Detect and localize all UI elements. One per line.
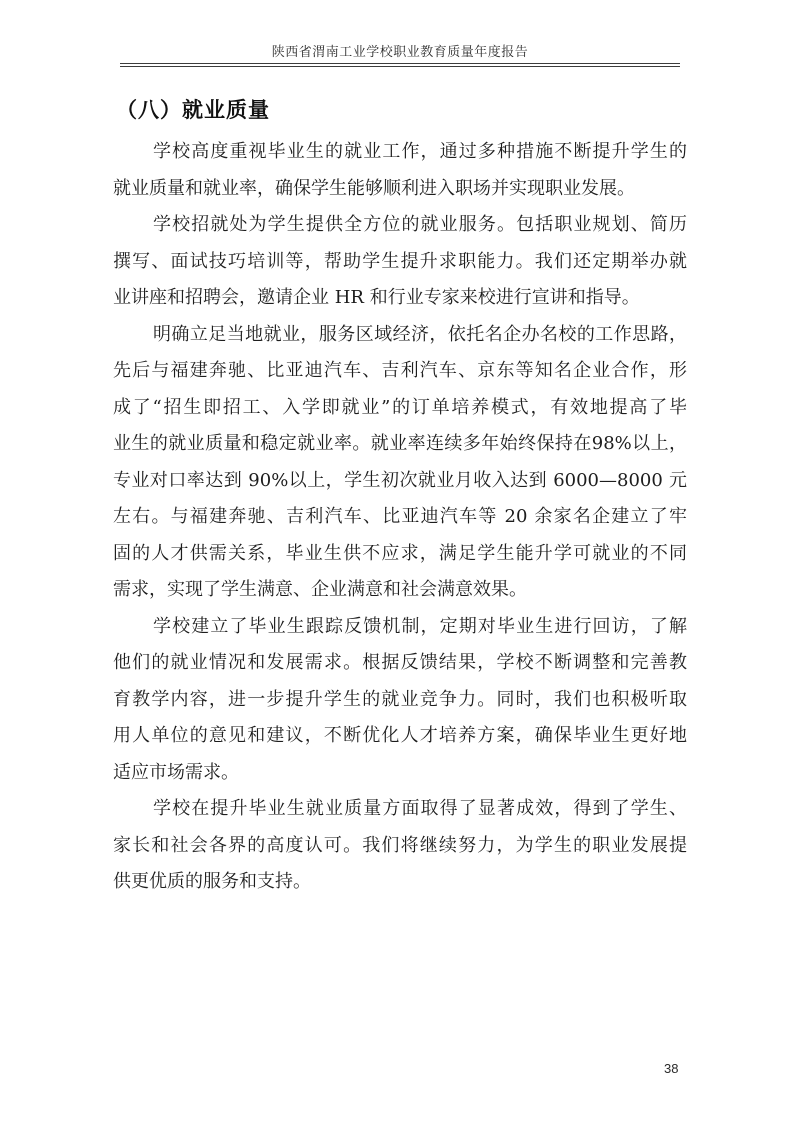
text-line: 业讲座和招聘会，邀请企业 HR 和行业专家来校进行宣讲和指导。 xyxy=(113,280,687,317)
text-line: 固的人才供需关系，毕业生供不应求，满足学生能升学可就业的不同 xyxy=(113,536,687,573)
text-line: 就业质量和就业率，确保学生能够顺利进入职场并实现职业发展。 xyxy=(113,171,687,208)
document-body: 学校高度重视毕业生的就业工作，通过多种措施不断提升学生的就业质量和就业率，确保学… xyxy=(113,134,687,901)
text-line: 供更优质的服务和支持。 xyxy=(113,864,687,901)
page-number: 38 xyxy=(664,1061,678,1076)
text-line: 需求，实现了学生满意、企业满意和社会满意效果。 xyxy=(113,572,687,609)
text-line: 学校建立了毕业生跟踪反馈机制，定期对毕业生进行回访，了解 xyxy=(113,609,687,646)
text-line: 左右。与福建奔驰、吉利汽车、比亚迪汽车等 20 余家名企建立了牢 xyxy=(113,499,687,536)
paragraph: 学校在提升毕业生就业质量方面取得了显著成效，得到了学生、家长和社会各界的高度认可… xyxy=(113,791,687,901)
text-line: 先后与福建奔驰、比亚迪汽车、吉利汽车、京东等知名企业合作，形 xyxy=(113,353,687,390)
text-line: 适应市场需求。 xyxy=(113,755,687,792)
text-line: 学校招就处为学生提供全方位的就业服务。包括职业规划、简历 xyxy=(113,207,687,244)
text-line: 育教学内容，进一步提升学生的就业竞争力。同时，我们也积极听取 xyxy=(113,682,687,719)
text-line: 成了“招生即招工、入学即就业”的订单培养模式，有效地提高了毕 xyxy=(113,390,687,427)
header-rule-divider xyxy=(120,63,680,67)
document-page: 陕西省渭南工业学校职业教育质量年度报告 （八）就业质量 学校高度重视毕业生的就业… xyxy=(0,0,800,1131)
paragraph: 明确立足当地就业，服务区域经济，依托名企办名校的工作思路，先后与福建奔驰、比亚迪… xyxy=(113,317,687,609)
text-line: 业生的就业质量和稳定就业率。就业率连续多年始终保持在98%以上， xyxy=(113,426,687,463)
paragraph: 学校建立了毕业生跟踪反馈机制，定期对毕业生进行回访，了解他们的就业情况和发展需求… xyxy=(113,609,687,792)
text-line: 学校在提升毕业生就业质量方面取得了显著成效，得到了学生、 xyxy=(113,791,687,828)
paragraph: 学校招就处为学生提供全方位的就业服务。包括职业规划、简历撰写、面试技巧培训等，帮… xyxy=(113,207,687,317)
text-line: 他们的就业情况和发展需求。根据反馈结果，学校不断调整和完善教 xyxy=(113,645,687,682)
text-line: 明确立足当地就业，服务区域经济，依托名企办名校的工作思路， xyxy=(113,317,687,354)
text-line: 学校高度重视毕业生的就业工作，通过多种措施不断提升学生的 xyxy=(113,134,687,171)
running-header: 陕西省渭南工业学校职业教育质量年度报告 xyxy=(0,41,800,60)
text-line: 专业对口率达到 90%以上，学生初次就业月收入达到 6000—8000 元 xyxy=(113,463,687,500)
text-line: 撰写、面试技巧培训等，帮助学生提升求职能力。我们还定期举办就 xyxy=(113,244,687,281)
section-heading: （八）就业质量 xyxy=(116,94,270,124)
paragraph: 学校高度重视毕业生的就业工作，通过多种措施不断提升学生的就业质量和就业率，确保学… xyxy=(113,134,687,207)
text-line: 家长和社会各界的高度认可。我们将继续努力，为学生的职业发展提 xyxy=(113,828,687,865)
text-line: 用人单位的意见和建议，不断优化人才培养方案，确保毕业生更好地 xyxy=(113,718,687,755)
